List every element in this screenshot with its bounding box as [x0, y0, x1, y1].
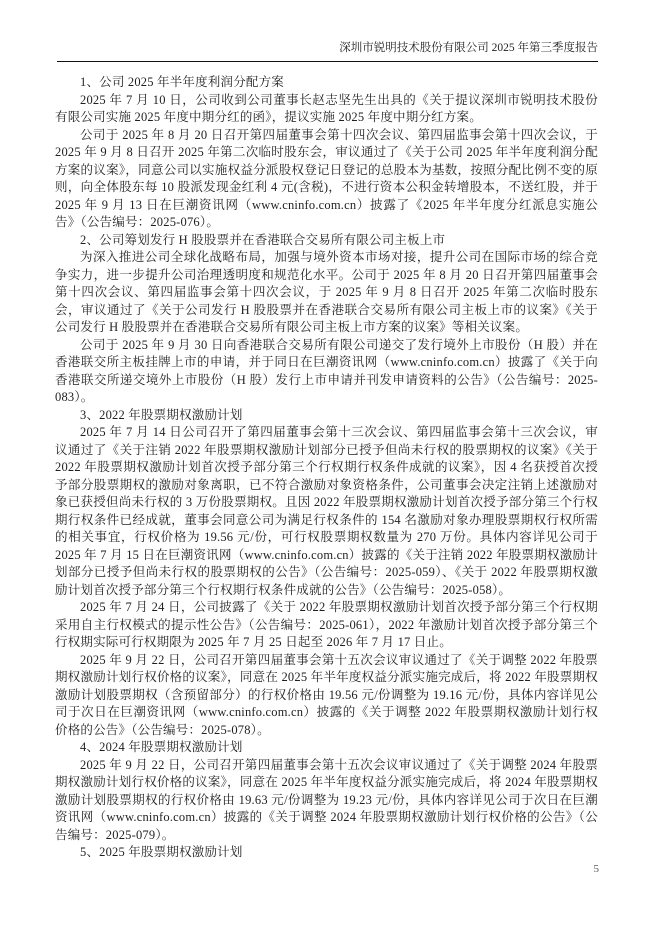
report-header-title: 深圳市锐明技术股份有限公司 2025 年第三季度报告	[339, 42, 598, 54]
section-heading: 1、公司 2025 年半年度利润分配方案	[55, 74, 598, 92]
document-body: 1、公司 2025 年半年度利润分配方案2025 年 7 月 10 日，公司收到…	[55, 74, 598, 862]
section-heading: 3、2022 年股票期权激励计划	[55, 407, 598, 425]
page-header: 深圳市锐明技术股份有限公司 2025 年第三季度报告	[56, 41, 598, 56]
report-page: 深圳市锐明技术股份有限公司 2025 年第三季度报告 1、公司 2025 年半年…	[0, 0, 662, 936]
header-rule	[57, 61, 598, 62]
page-number: 5	[594, 863, 600, 875]
paragraph: 公司于 2025 年 9 月 30 日向香港联合交易所有限公司递交了发行境外上市…	[55, 337, 598, 407]
paragraph: 2025 年 7 月 24 日，公司披露了《关于 2022 年股票期权激励计划首…	[55, 599, 598, 652]
paragraph: 2025 年 9 月 22 日，公司召开第四届董事会第十五次会议审议通过了《关于…	[55, 652, 598, 740]
paragraph: 公司于 2025 年 8 月 20 日召开第四届董事会第十四次会议、第四届监事会…	[55, 127, 598, 232]
paragraph: 为深入推进公司全球化战略布局，加强与境外资本市场对接，提升公司在国际市场的综合竞…	[55, 249, 598, 337]
section-heading: 4、2024 年股票期权激励计划	[55, 739, 598, 757]
section-heading: 5、2025 年股票期权激励计划	[55, 844, 598, 862]
paragraph: 2025 年 9 月 22 日，公司召开第四届董事会第十五次会议审议通过了《关于…	[55, 757, 598, 845]
paragraph: 2025 年 7 月 10 日，公司收到公司董事长赵志坚先生出具的《关于提议深圳…	[55, 92, 598, 127]
paragraph: 2025 年 7 月 14 日公司召开了第四届董事会第十三次会议、第四届监事会第…	[55, 424, 598, 599]
section-heading: 2、公司筹划发行 H 股股票并在香港联合交易所有限公司主板上市	[55, 232, 598, 250]
